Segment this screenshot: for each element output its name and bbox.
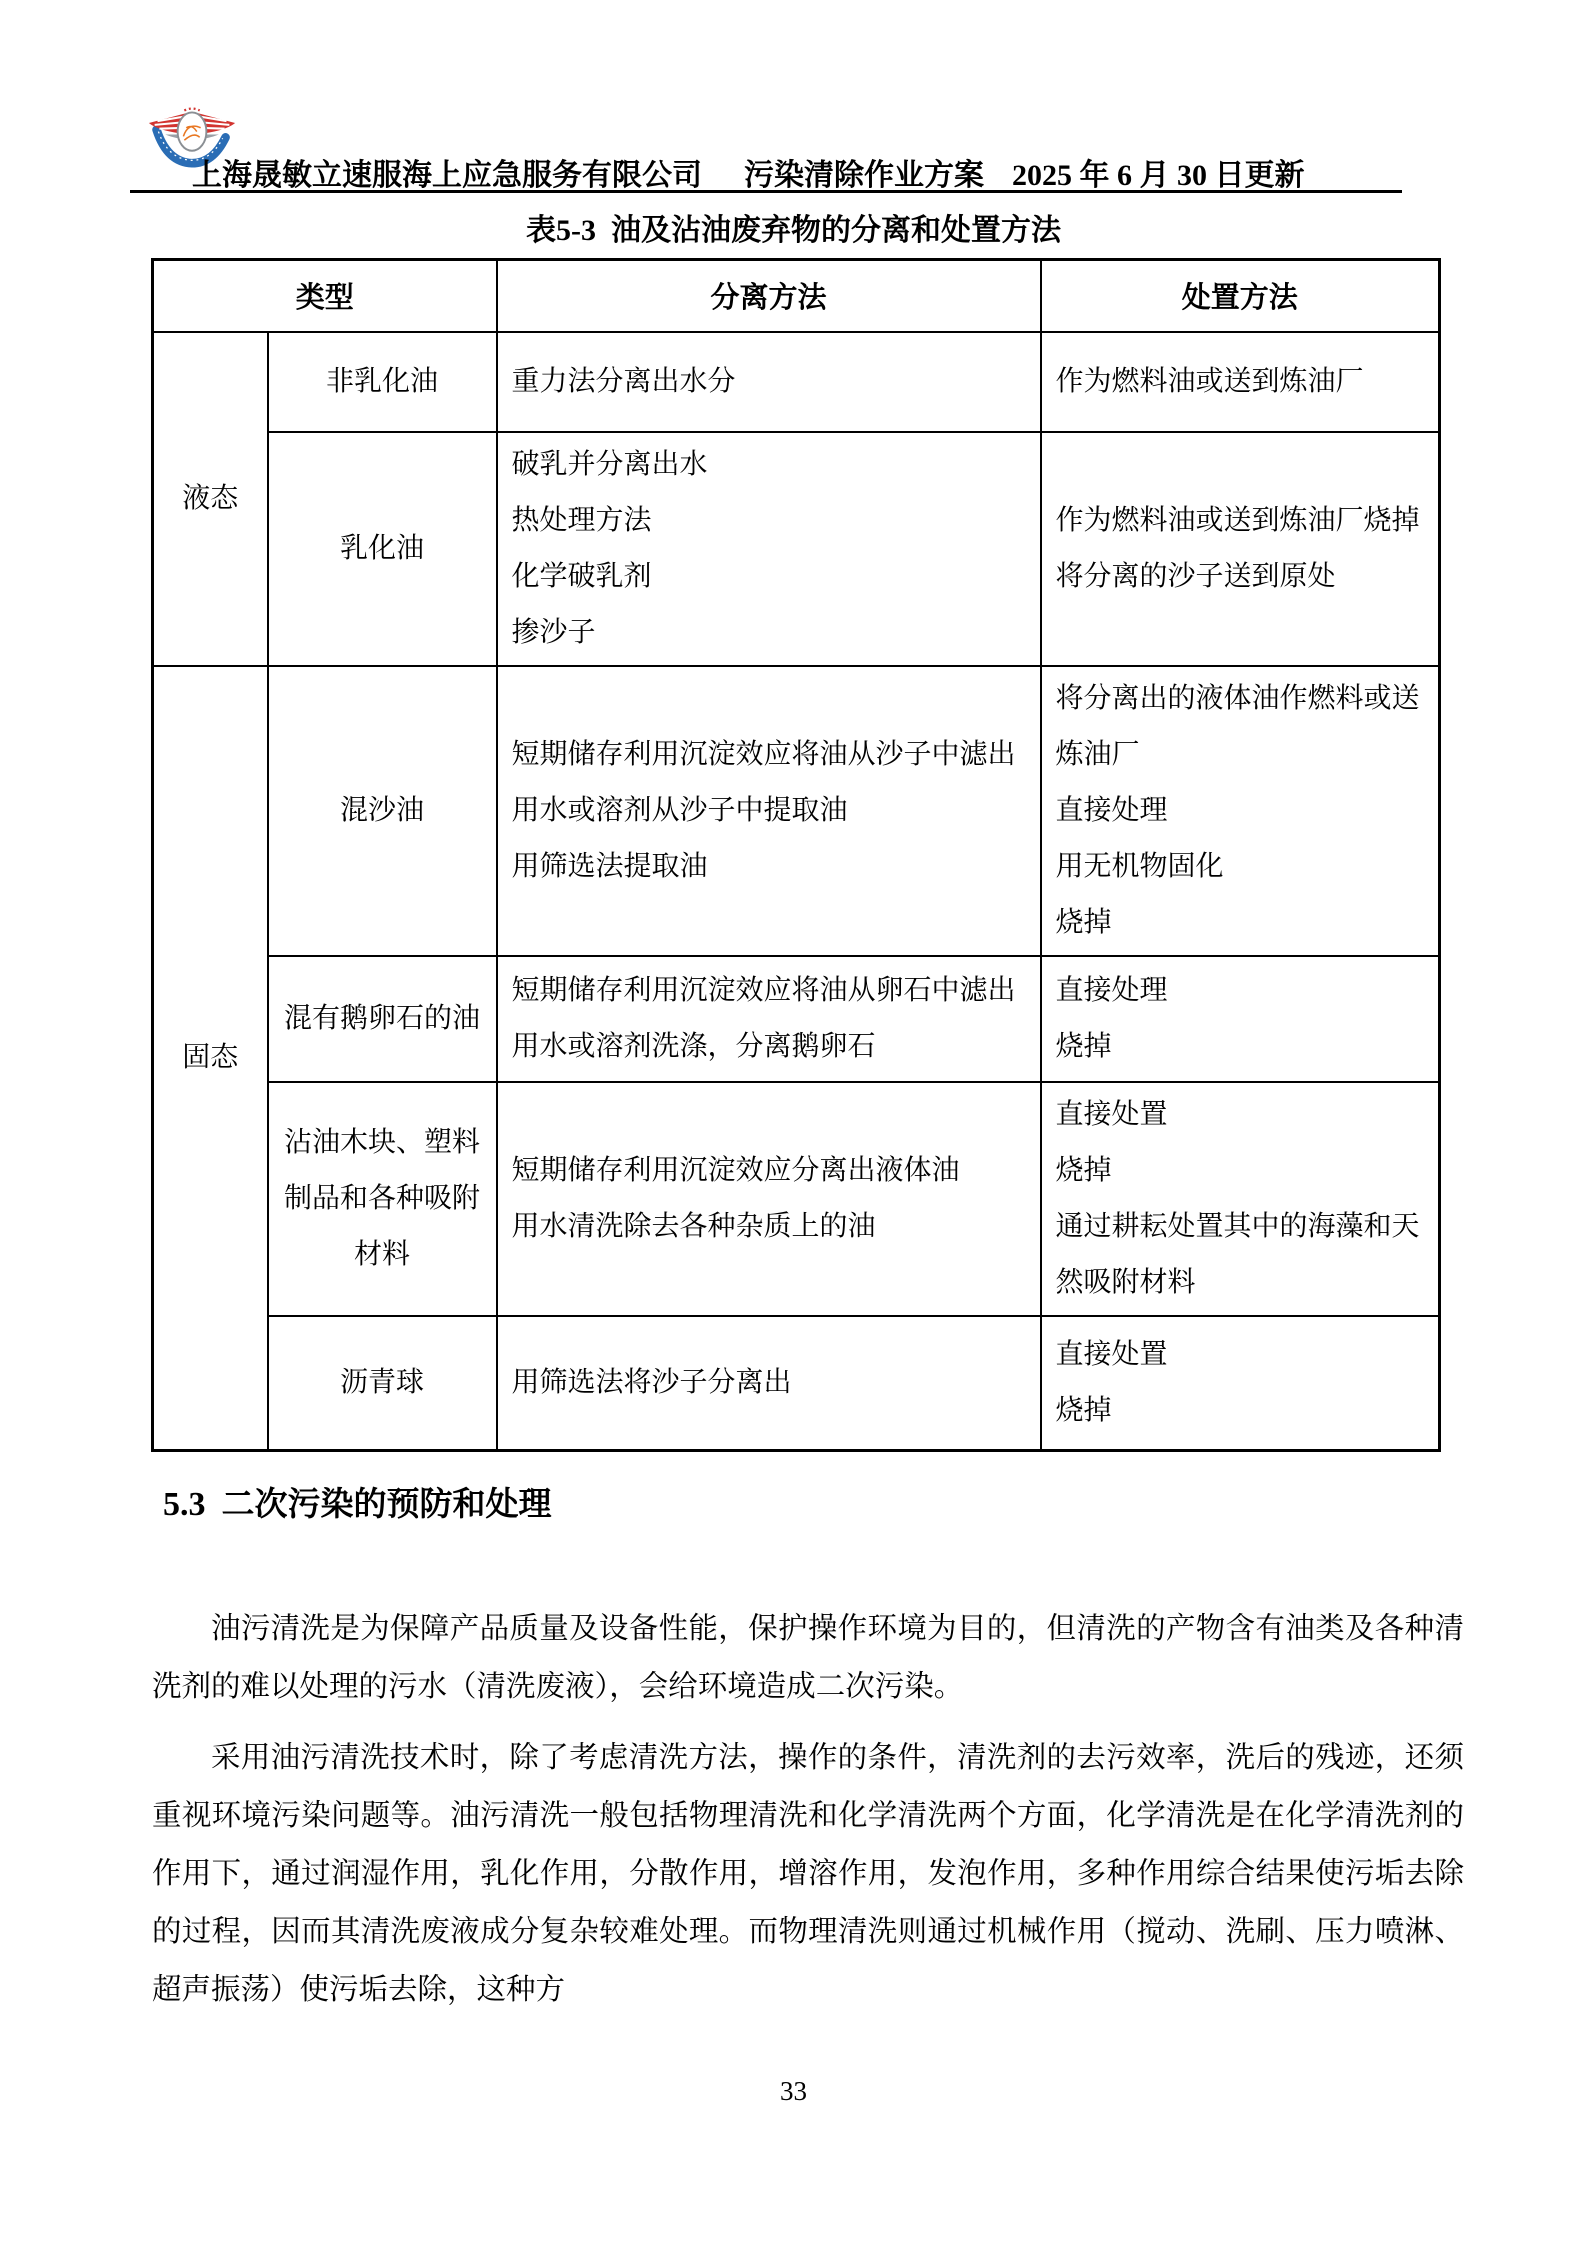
section-heading: 5.3 二次污染的预防和处理 [163, 1478, 552, 1525]
method-line: 用水或溶剂洗涤，分离鹅卵石 [512, 1019, 1026, 1075]
disposal-methods-cell: 将分离出的液体油作燃料或送炼油厂 直接处理 用无机物固化 烧掉 [1041, 666, 1440, 956]
method-line: 作为燃料油或送到炼油厂烧掉 [1056, 493, 1425, 549]
separation-methods-cell: 用筛选法将沙子分离出 [497, 1316, 1041, 1451]
method-line: 掺沙子 [512, 605, 1026, 661]
waste-type-cell: 沾油木块、塑料制品和各种吸附材料 [268, 1082, 497, 1316]
header-rule [130, 190, 1402, 193]
disposal-methods-cell: 直接处理 烧掉 [1041, 956, 1440, 1082]
logo-top-marks [184, 109, 199, 111]
method-line: 用水或溶剂从沙子中提取油 [512, 783, 1026, 839]
method-line: 烧掉 [1056, 1019, 1425, 1075]
column-header-disposal: 处置方法 [1041, 260, 1440, 332]
method-line: 重力法分离出水分 [512, 354, 1026, 410]
body-paragraph: 采用油污清洗技术时，除了考虑清洗方法，操作的条件，清洗剂的去污效率，洗后的残迹，… [152, 1729, 1464, 2019]
document-title: 污染清除作业方案 [744, 150, 984, 194]
table-row: 混有鹅卵石的油 短期储存利用沉淀效应将油从卵石中滤出 用水或溶剂洗涤，分离鹅卵石… [153, 956, 1440, 1082]
body-text: 油污清洗是为保障产品质量及设备性能，保护操作环境为目的，但清洗的产物含有油类及各… [152, 1600, 1464, 2032]
group-label-solid: 固态 [153, 666, 268, 1451]
disposal-methods-cell: 直接处置 烧掉 [1041, 1316, 1440, 1451]
method-line: 用筛选法提取油 [512, 839, 1026, 895]
section-number: 5.3 [163, 1486, 206, 1524]
table-caption: 表5-3 油及沾油废弃物的分离和处置方法 [0, 205, 1587, 249]
method-line: 热处理方法 [512, 493, 1026, 549]
method-line: 破乳并分离出水 [512, 437, 1026, 493]
document-page: 上海晟敏立速服海上应急服务有限公司 污染清除作业方案 2025 年 6 月 30… [0, 0, 1587, 2245]
page-header: 上海晟敏立速服海上应急服务有限公司 污染清除作业方案 2025 年 6 月 30… [192, 150, 1432, 194]
method-line: 直接处置 [1056, 1327, 1425, 1383]
body-paragraph: 油污清洗是为保障产品质量及设备性能，保护操作环境为目的，但清洗的产物含有油类及各… [152, 1600, 1464, 1716]
waste-type-cell: 混有鹅卵石的油 [268, 956, 497, 1082]
company-name: 上海晟敏立速服海上应急服务有限公司 [192, 150, 702, 194]
disposal-methods-cell: 作为燃料油或送到炼油厂烧掉 将分离的沙子送到原处 [1041, 432, 1440, 666]
method-line: 作为燃料油或送到炼油厂 [1056, 354, 1425, 410]
page-number: 33 [0, 2076, 1587, 2107]
table-row: 固态 混沙油 短期储存利用沉淀效应将油从沙子中滤出 用水或溶剂从沙子中提取油 用… [153, 666, 1440, 956]
update-date: 2025 年 6 月 30 日更新 [1012, 150, 1305, 194]
table-row: 乳化油 破乳并分离出水 热处理方法 化学破乳剂 掺沙子 作为燃料油或送到炼油厂烧… [153, 432, 1440, 666]
method-line: 用水清洗除去各种杂质上的油 [512, 1199, 1026, 1255]
method-line: 短期储存利用沉淀效应将油从卵石中滤出 [512, 963, 1026, 1019]
table-header-row: 类型 分离方法 处置方法 [153, 260, 1440, 332]
disposal-methods-cell: 作为燃料油或送到炼油厂 [1041, 332, 1440, 432]
column-header-separation: 分离方法 [497, 260, 1041, 332]
waste-type-cell: 非乳化油 [268, 332, 497, 432]
separation-methods-cell: 重力法分离出水分 [497, 332, 1041, 432]
table-row: 液态 非乳化油 重力法分离出水分 作为燃料油或送到炼油厂 [153, 332, 1440, 432]
method-line: 用无机物固化 [1056, 839, 1425, 895]
group-label-liquid: 液态 [153, 332, 268, 666]
method-line: 通过耕耘处置其中的海藻和天然吸附材料 [1056, 1199, 1425, 1311]
separation-methods-cell: 短期储存利用沉淀效应将油从卵石中滤出 用水或溶剂洗涤，分离鹅卵石 [497, 956, 1041, 1082]
separation-methods-cell: 破乳并分离出水 热处理方法 化学破乳剂 掺沙子 [497, 432, 1041, 666]
separation-methods-cell: 短期储存利用沉淀效应分离出液体油 用水清洗除去各种杂质上的油 [497, 1082, 1041, 1316]
column-header-type: 类型 [153, 260, 497, 332]
method-line: 直接处置 [1056, 1087, 1425, 1143]
disposal-methods-cell: 直接处置 烧掉 通过耕耘处置其中的海藻和天然吸附材料 [1041, 1082, 1440, 1316]
table-row: 沾油木块、塑料制品和各种吸附材料 短期储存利用沉淀效应分离出液体油 用水清洗除去… [153, 1082, 1440, 1316]
method-line: 将分离的沙子送到原处 [1056, 549, 1425, 605]
method-line: 用筛选法将沙子分离出 [512, 1355, 1026, 1411]
method-line: 直接处理 [1056, 783, 1425, 839]
logo-oval [178, 112, 207, 150]
section-title: 二次污染的预防和处理 [222, 1478, 552, 1525]
method-line: 化学破乳剂 [512, 549, 1026, 605]
table-row: 沥青球 用筛选法将沙子分离出 直接处置 烧掉 [153, 1316, 1440, 1451]
method-line: 烧掉 [1056, 895, 1425, 951]
separation-methods-cell: 短期储存利用沉淀效应将油从沙子中滤出 用水或溶剂从沙子中提取油 用筛选法提取油 [497, 666, 1041, 956]
waste-type-cell: 乳化油 [268, 432, 497, 666]
waste-type-cell: 混沙油 [268, 666, 497, 956]
method-line: 烧掉 [1056, 1143, 1425, 1199]
method-line: 将分离出的液体油作燃料或送炼油厂 [1056, 671, 1425, 783]
method-line: 短期储存利用沉淀效应分离出液体油 [512, 1143, 1026, 1199]
waste-disposal-table: 类型 分离方法 处置方法 液态 非乳化油 重力法分离出水分 作为燃料油或送到炼油… [151, 258, 1441, 1452]
method-line: 直接处理 [1056, 963, 1425, 1019]
method-line: 烧掉 [1056, 1383, 1425, 1439]
waste-type-cell: 沥青球 [268, 1316, 497, 1451]
method-line: 短期储存利用沉淀效应将油从沙子中滤出 [512, 727, 1026, 783]
